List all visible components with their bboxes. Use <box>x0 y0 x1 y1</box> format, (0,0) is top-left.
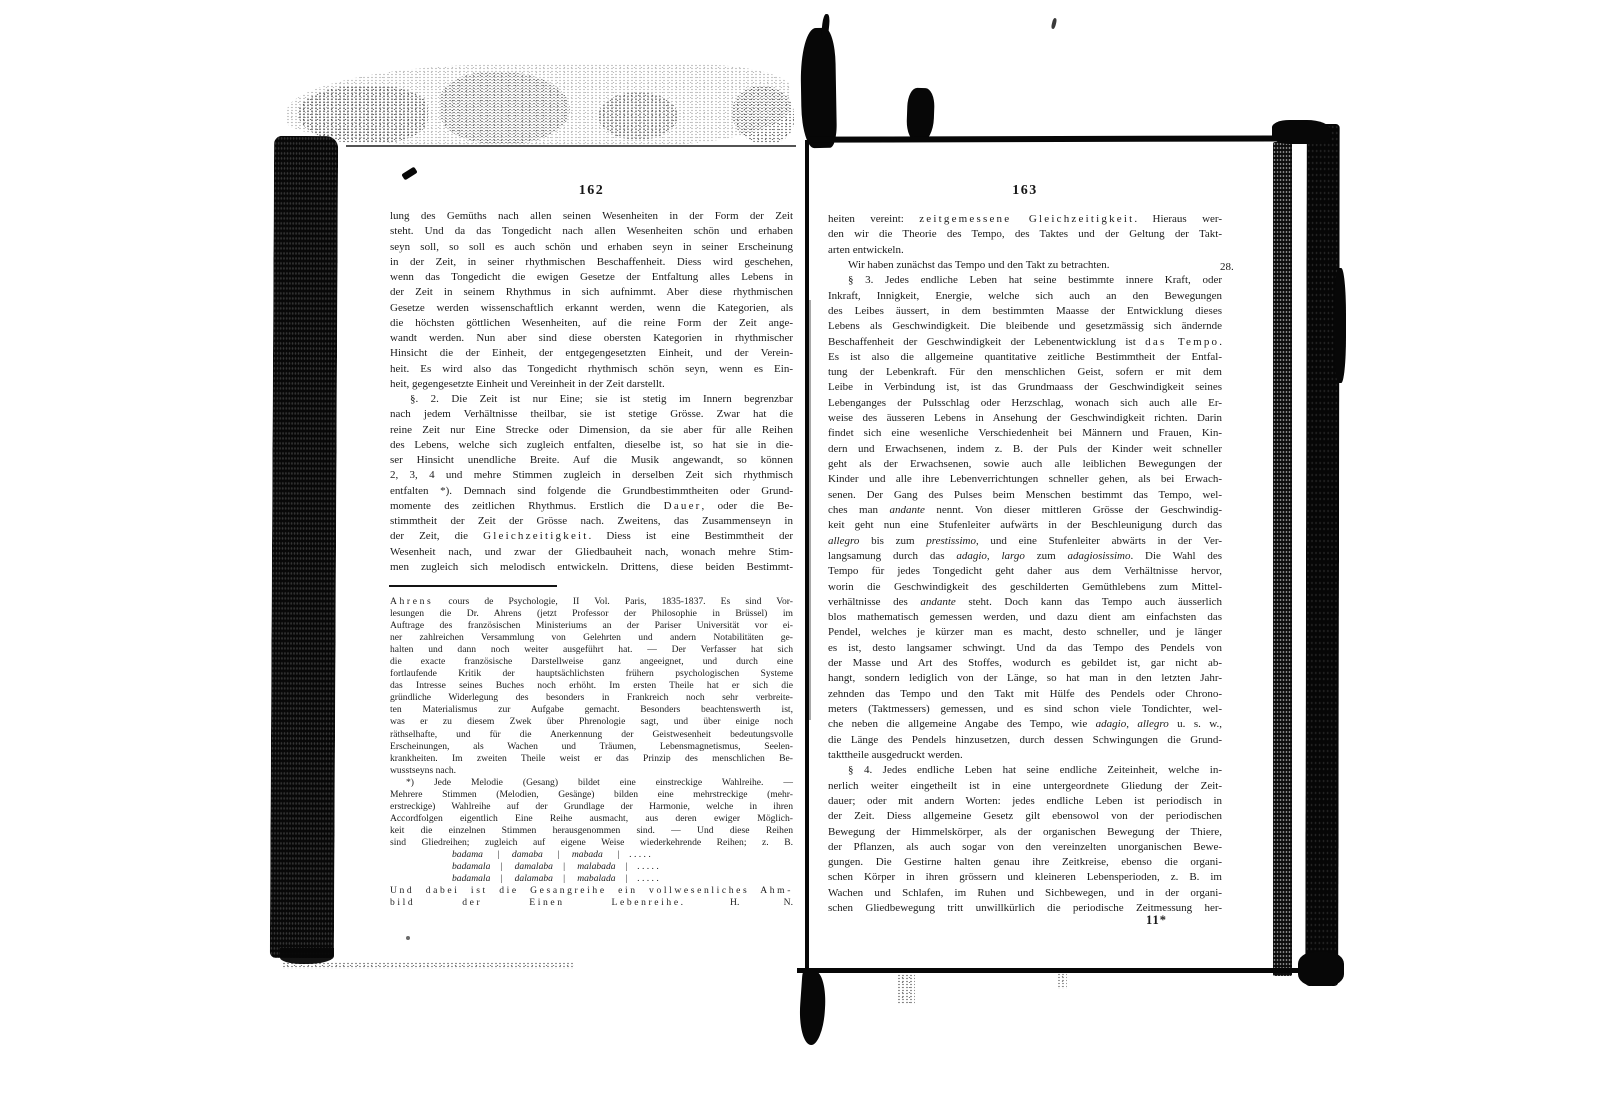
text-line: Lebens als Geschwindigkeit. Die bleibend… <box>828 319 1222 334</box>
ink-dot <box>406 936 410 940</box>
text-line: reine Zeit nur Eine Strecke oder Dimensi… <box>390 423 793 438</box>
page-border-corner-top <box>1272 120 1330 144</box>
text-line: 2, 3, 4 und mehre Stimmen zugleich in de… <box>390 468 793 483</box>
text-line: worin die Geschwindigkeit des geschilder… <box>828 580 1222 595</box>
scan-shadow-bar-left <box>270 136 338 958</box>
text-line: sind Gliedreihen; zugleich auf eigene We… <box>390 837 793 849</box>
page-border-top <box>810 135 1326 142</box>
page-border-bulge <box>1334 268 1346 383</box>
text-line: badamala | damalaba | malabada | . . . .… <box>390 861 855 873</box>
text-line: die höchsten göttlichen Wesenheiten, auf… <box>390 316 793 331</box>
text-line: des Lebens, welche sich zugleich entfalt… <box>390 438 793 453</box>
text-line: was er zu diesem Zwek über Phrenologie s… <box>390 716 793 728</box>
text-line: räthselhafte, und für die Anerkennung de… <box>390 729 793 741</box>
text-line: arten entwickeln. <box>828 243 1222 258</box>
text-line: halten und dann noch weiter ausgeführt h… <box>390 644 793 656</box>
footnote-rule <box>389 585 557 587</box>
text-line: Gesetze werden wissenschaftlich erkannt … <box>390 301 793 316</box>
signature-mark: 11* <box>1146 913 1167 928</box>
margin-note: 28. <box>1220 261 1234 273</box>
text-line: zehnden das Tempo und den Takt mit Hülfe… <box>828 687 1222 702</box>
text-line: allegro bis zum prestissimo, und eine St… <box>828 534 1222 549</box>
text-line: der Pflanzen, als auch sogar von den ver… <box>828 840 1222 855</box>
text-line: §. 2. Die Zeit ist nur Eine; sie ist ste… <box>390 392 793 407</box>
text-line: heit. Es wird also das Tongedicht rhythm… <box>390 362 793 377</box>
text-line: Leibe in Verbindung ist, ist das Grundma… <box>828 380 1222 395</box>
text-line: takttheile ausgedruckt werden. <box>828 748 1222 763</box>
text-line: badama | damaba | mabada | . . . . . <box>390 849 855 861</box>
scan-noise-cluster <box>440 72 570 144</box>
left-page-body-text: lung des Gemüths nach allen seinen Wesen… <box>390 209 793 575</box>
text-line: wusstseyns nach. <box>390 765 793 777</box>
text-line: es ist, desto langsamer schwingt. Und da… <box>828 641 1222 656</box>
text-line: fortlaufende Kritik der hauptsächlichste… <box>390 668 793 680</box>
text-line: Kinder und alle ihre Lebenverrichtungen … <box>828 472 1222 487</box>
text-line: schen Körper in ihren grössern und klein… <box>828 870 1222 885</box>
text-line: *) Jede Melodie (Gesang) bildet eine ein… <box>390 777 793 789</box>
text-line: der Masse und Art des Stoffes, wodurch e… <box>828 656 1222 671</box>
text-line: langsamung durch das adagio, largo zum a… <box>828 549 1222 564</box>
text-line: Mehrere Stimmen (Melodien, Gesänge) bild… <box>390 789 793 801</box>
text-line: entfalten *). Demnach sind folgende die … <box>390 484 793 499</box>
text-line: Lebenganges der Pulsschlag oder Herzschl… <box>828 396 1222 411</box>
spine-shadow-tail <box>797 970 827 1046</box>
text-line: ner zahlreichen Versammlung von Gelehrte… <box>390 632 793 644</box>
text-line: Pendel, welches je kürzer man es macht, … <box>828 625 1222 640</box>
page-border-right-outer <box>1305 124 1340 986</box>
text-line: blos mathematisch gemessen werden, und d… <box>828 610 1222 625</box>
text-line: Wachen und Schlafen, im Ruhen und Sichbe… <box>828 886 1222 901</box>
text-line: § 4. Jedes endliche Leben hat seine endl… <box>828 763 1222 778</box>
text-line: hangt, sondern lediglich von der Länge, … <box>828 671 1222 686</box>
text-line: Auftrage des französischen Ministeriums … <box>390 620 793 632</box>
page-edge-line <box>346 145 796 147</box>
text-line: wenn das Tongedicht die ewigen Gesetze d… <box>390 270 793 285</box>
text-line: dauer; oder mit andern Worten: jedes end… <box>828 794 1222 809</box>
text-line: che neben die allgemeine Angabe des Temp… <box>828 717 1222 732</box>
text-line: in der Zeit, in seiner rhythmischen Besc… <box>390 255 793 270</box>
text-line: krankheiten. Im zweiten Theile weist er … <box>390 753 793 765</box>
text-line: gungen. Die Gestirne halten genau ihre Z… <box>828 855 1222 870</box>
text-line: Ahrens cours de Psychologie, II Vol. Par… <box>390 596 793 608</box>
text-line: verhältnisse des andante steht. Doch kan… <box>828 595 1222 610</box>
text-line: der Zeit in seinem Rhythmus in sich aufn… <box>390 285 793 300</box>
text-line: gründliche Widerlegung des besonders in … <box>390 692 793 704</box>
text-line: dern und Erwachsenen, indem z. B. der Pu… <box>828 442 1222 457</box>
text-line: heiten vereint: zeitgemessene Gleichzeit… <box>828 212 1222 227</box>
text-line: lung des Gemüths nach allen seinen Wesen… <box>390 209 793 224</box>
text-line: keit geht nun eine Stufenleiter aufwärts… <box>828 518 1222 533</box>
text-line: erstreckige) Wahlreihe auf der Grundlage… <box>390 801 793 813</box>
text-line: badamala | dalamaba | mabalada | . . . .… <box>390 873 855 885</box>
page-number-right: 163 <box>828 183 1222 199</box>
text-line: Bewegung der Himmelskörper, als der orga… <box>828 825 1222 840</box>
scan-noise-cluster <box>598 92 678 140</box>
scan-speckle <box>897 974 915 1004</box>
text-line: keit die einzelnen Stimmen herausgenomme… <box>390 825 793 837</box>
text-line: bild der Einen Lebenreihe. H. N. <box>390 897 793 909</box>
text-line: tung der Lebenkraft. Für den menschliche… <box>828 365 1222 380</box>
text-line: stimmtheit der Zeit der Grösse nach. Zwe… <box>390 514 793 529</box>
text-line: des Leibes äussert, in dem bestimmten Ma… <box>828 304 1222 319</box>
text-line: weise des äusseren Lebens in Ansehung de… <box>828 411 1222 426</box>
text-line: den wir die Theorie des Tempo, des Takte… <box>828 227 1222 242</box>
page-number-left: 162 <box>390 183 793 199</box>
spine-shadow-line <box>809 300 811 720</box>
text-line: seyn soll, so soll es auch schön und erh… <box>390 240 793 255</box>
text-line: lesungen die Dr. Ahrens (jetzt Professor… <box>390 608 793 620</box>
text-line: nerlich weiter eingetheilt ist in eine u… <box>828 779 1222 794</box>
text-line: ches man andante nennt. Von dieser mittl… <box>828 503 1222 518</box>
text-line: die exacte französische Darstellweise ga… <box>390 656 793 668</box>
text-line: findet sich eine wesenliche Verschiedenh… <box>828 426 1222 441</box>
left-page-footnote-text: Ahrens cours de Psychologie, II Vol. Par… <box>390 596 793 909</box>
scan-ink-blob <box>906 88 935 143</box>
ink-tick <box>1051 18 1058 30</box>
text-line: der Zeit, die Gleichzeitigkeit. Diess is… <box>390 529 793 544</box>
right-page-body-text: heiten vereint: zeitgemessene Gleichzeit… <box>828 212 1222 916</box>
text-line: Erscheinungen, als Wachen und Träumen, L… <box>390 741 793 753</box>
text-line: Beschaffenheit der Geschwindigkeit der L… <box>828 335 1222 350</box>
text-line: senen. Der Gang des Pulses beim Menschen… <box>828 488 1222 503</box>
text-line: Hinsicht die der Einheit, der entgegenge… <box>390 346 793 361</box>
text-line: die Länge des Pendels hinzusetzen, durch… <box>828 733 1222 748</box>
text-line: heit, gegengesetzte Einheit und Vereinhe… <box>390 377 793 392</box>
text-line: Wir haben zunächst das Tempo und den Tak… <box>828 258 1222 273</box>
text-line: meters (Taktmessers) gemessen, und es si… <box>828 702 1222 717</box>
text-line: nach jedem Verhältnisse theilbar, sie is… <box>390 407 793 422</box>
text-line: men zugleich sich melodisch entwickeln. … <box>390 560 793 575</box>
text-line: ser Hinsicht unendliche Breite. Auf die … <box>390 453 793 468</box>
scan-speckle <box>1057 973 1067 989</box>
text-line: geht als der Erwachsenen, sowie auch all… <box>828 457 1222 472</box>
text-line: Und dabei ist die Gesangreihe ein vollwe… <box>390 885 793 897</box>
page-border-corner-bottom <box>1298 952 1344 986</box>
text-line: wandt werden. Nun aber sind diese oberst… <box>390 331 793 346</box>
text-line: Inkraft, Innigkeit, Energie, welche sich… <box>828 289 1222 304</box>
text-line: ten Materialismus zur Aufgabe gemacht. B… <box>390 704 793 716</box>
scan-smudge <box>282 962 574 969</box>
text-line: Accordfolgen eigentlich Eine Reihe ausma… <box>390 813 793 825</box>
text-line: momente des zeitlichen Rhythmus. Erstlic… <box>390 499 793 514</box>
ink-mark <box>401 167 417 181</box>
text-line: das Intresse seines Buches noch erhöht. … <box>390 680 793 692</box>
page-border-bottom <box>797 968 1342 973</box>
spine-shadow-blob <box>800 28 837 149</box>
page-border-right-inner <box>1273 142 1292 976</box>
text-line: der Zeit. Diess allgemeine Gesetz gilt e… <box>828 809 1222 824</box>
text-line: Es ist also die allgemeine quantitative … <box>828 350 1222 365</box>
text-line: Tempo für jedes Tongedicht geht daher au… <box>828 564 1222 579</box>
text-line: steht. Und da das Tongedicht nach allen … <box>390 224 793 239</box>
text-line: § 3. Jedes endliche Leben hat seine best… <box>828 273 1222 288</box>
text-line: Wesenheit nach, und zwar der Gliedbauhei… <box>390 545 793 560</box>
book-scan: 162 lung des Gemüths nach allen seinen W… <box>0 0 1600 1114</box>
